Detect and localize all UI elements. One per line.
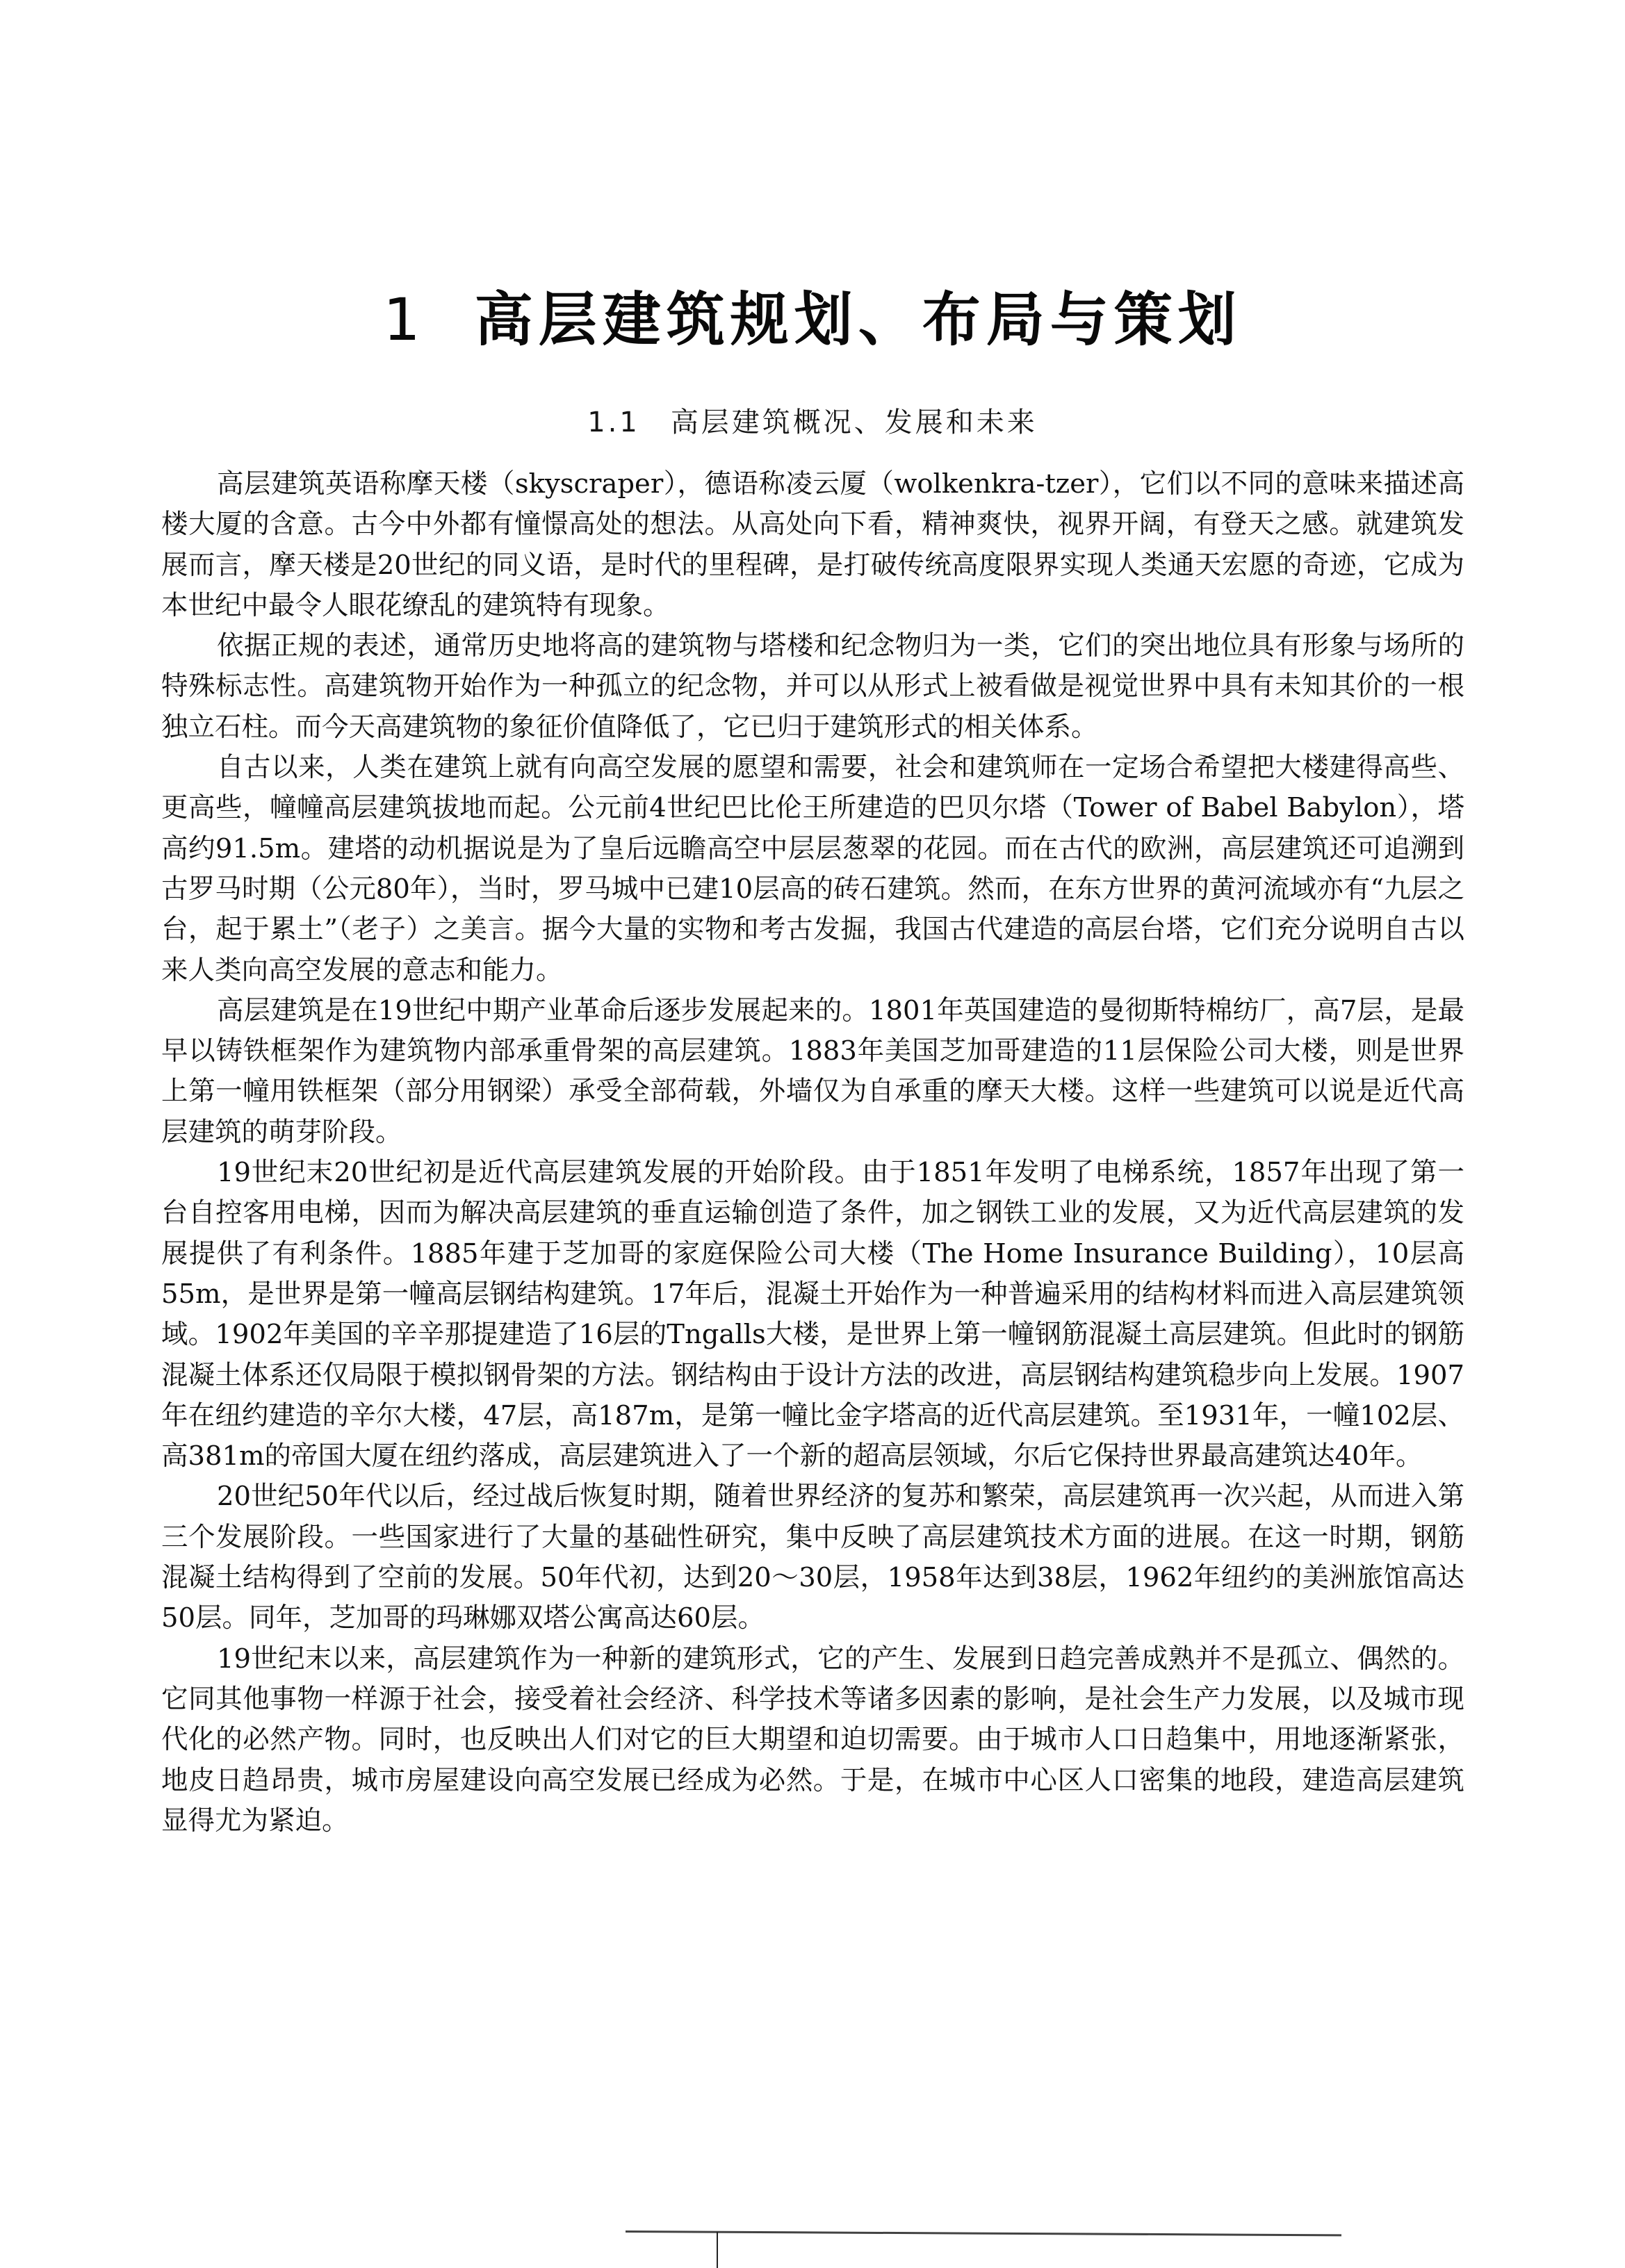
paragraph-ancient-history: 自古以来，人类在建筑上就有向高空发展的愿望和需要，社会和建筑师在一定场合希望把大… (161, 748, 1464, 991)
paragraph-industrial-revolution: 高层建筑是在19世纪中期产业革命后逐步发展起来的。1801年英国建造的曼彻斯特棉… (161, 991, 1464, 1153)
paragraph-postwar-development: 20世纪50年代以后，经过战后恢复时期，随着世界经济的复苏和繁荣，高层建筑再一次… (161, 1477, 1464, 1638)
chapter-title-text: 高层建筑规划、布局与策划 (475, 286, 1242, 354)
chapter-number: 1 (383, 281, 425, 358)
footer-rule-divider (626, 2230, 1341, 2236)
section-title: 1.1高层建筑概况、发展和未来 (0, 402, 1625, 443)
section-number: 1.1 (587, 402, 640, 443)
section-title-text: 高层建筑概况、发展和未来 (671, 406, 1038, 438)
footer-vertical-mark (717, 2232, 718, 2268)
body-text: 高层建筑英语称摩天楼（skyscraper），德语称凌云厦（wolkenkra-… (161, 464, 1464, 1841)
chapter-title: 1高层建筑规划、布局与策划 (0, 281, 1625, 358)
paragraph-modern-beginnings: 19世纪末20世纪初是近代高层建筑发展的开始阶段。由于1851年发明了电梯系统，… (161, 1153, 1464, 1477)
paragraph-social-causes: 19世纪末以来，高层建筑作为一种新的建筑形式，它的产生、发展到日趋完善成熟并不是… (161, 1639, 1464, 1841)
book-page: 1高层建筑规划、布局与策划 1.1高层建筑概况、发展和未来 高层建筑英语称摩天楼… (0, 0, 1625, 2268)
paragraph-monument-symbolism: 依据正规的表述，通常历史地将高的建筑物与塔楼和纪念物归为一类，它们的突出地位具有… (161, 626, 1464, 748)
paragraph-skyscraper-definition: 高层建筑英语称摩天楼（skyscraper），德语称凌云厦（wolkenkra-… (161, 464, 1464, 626)
